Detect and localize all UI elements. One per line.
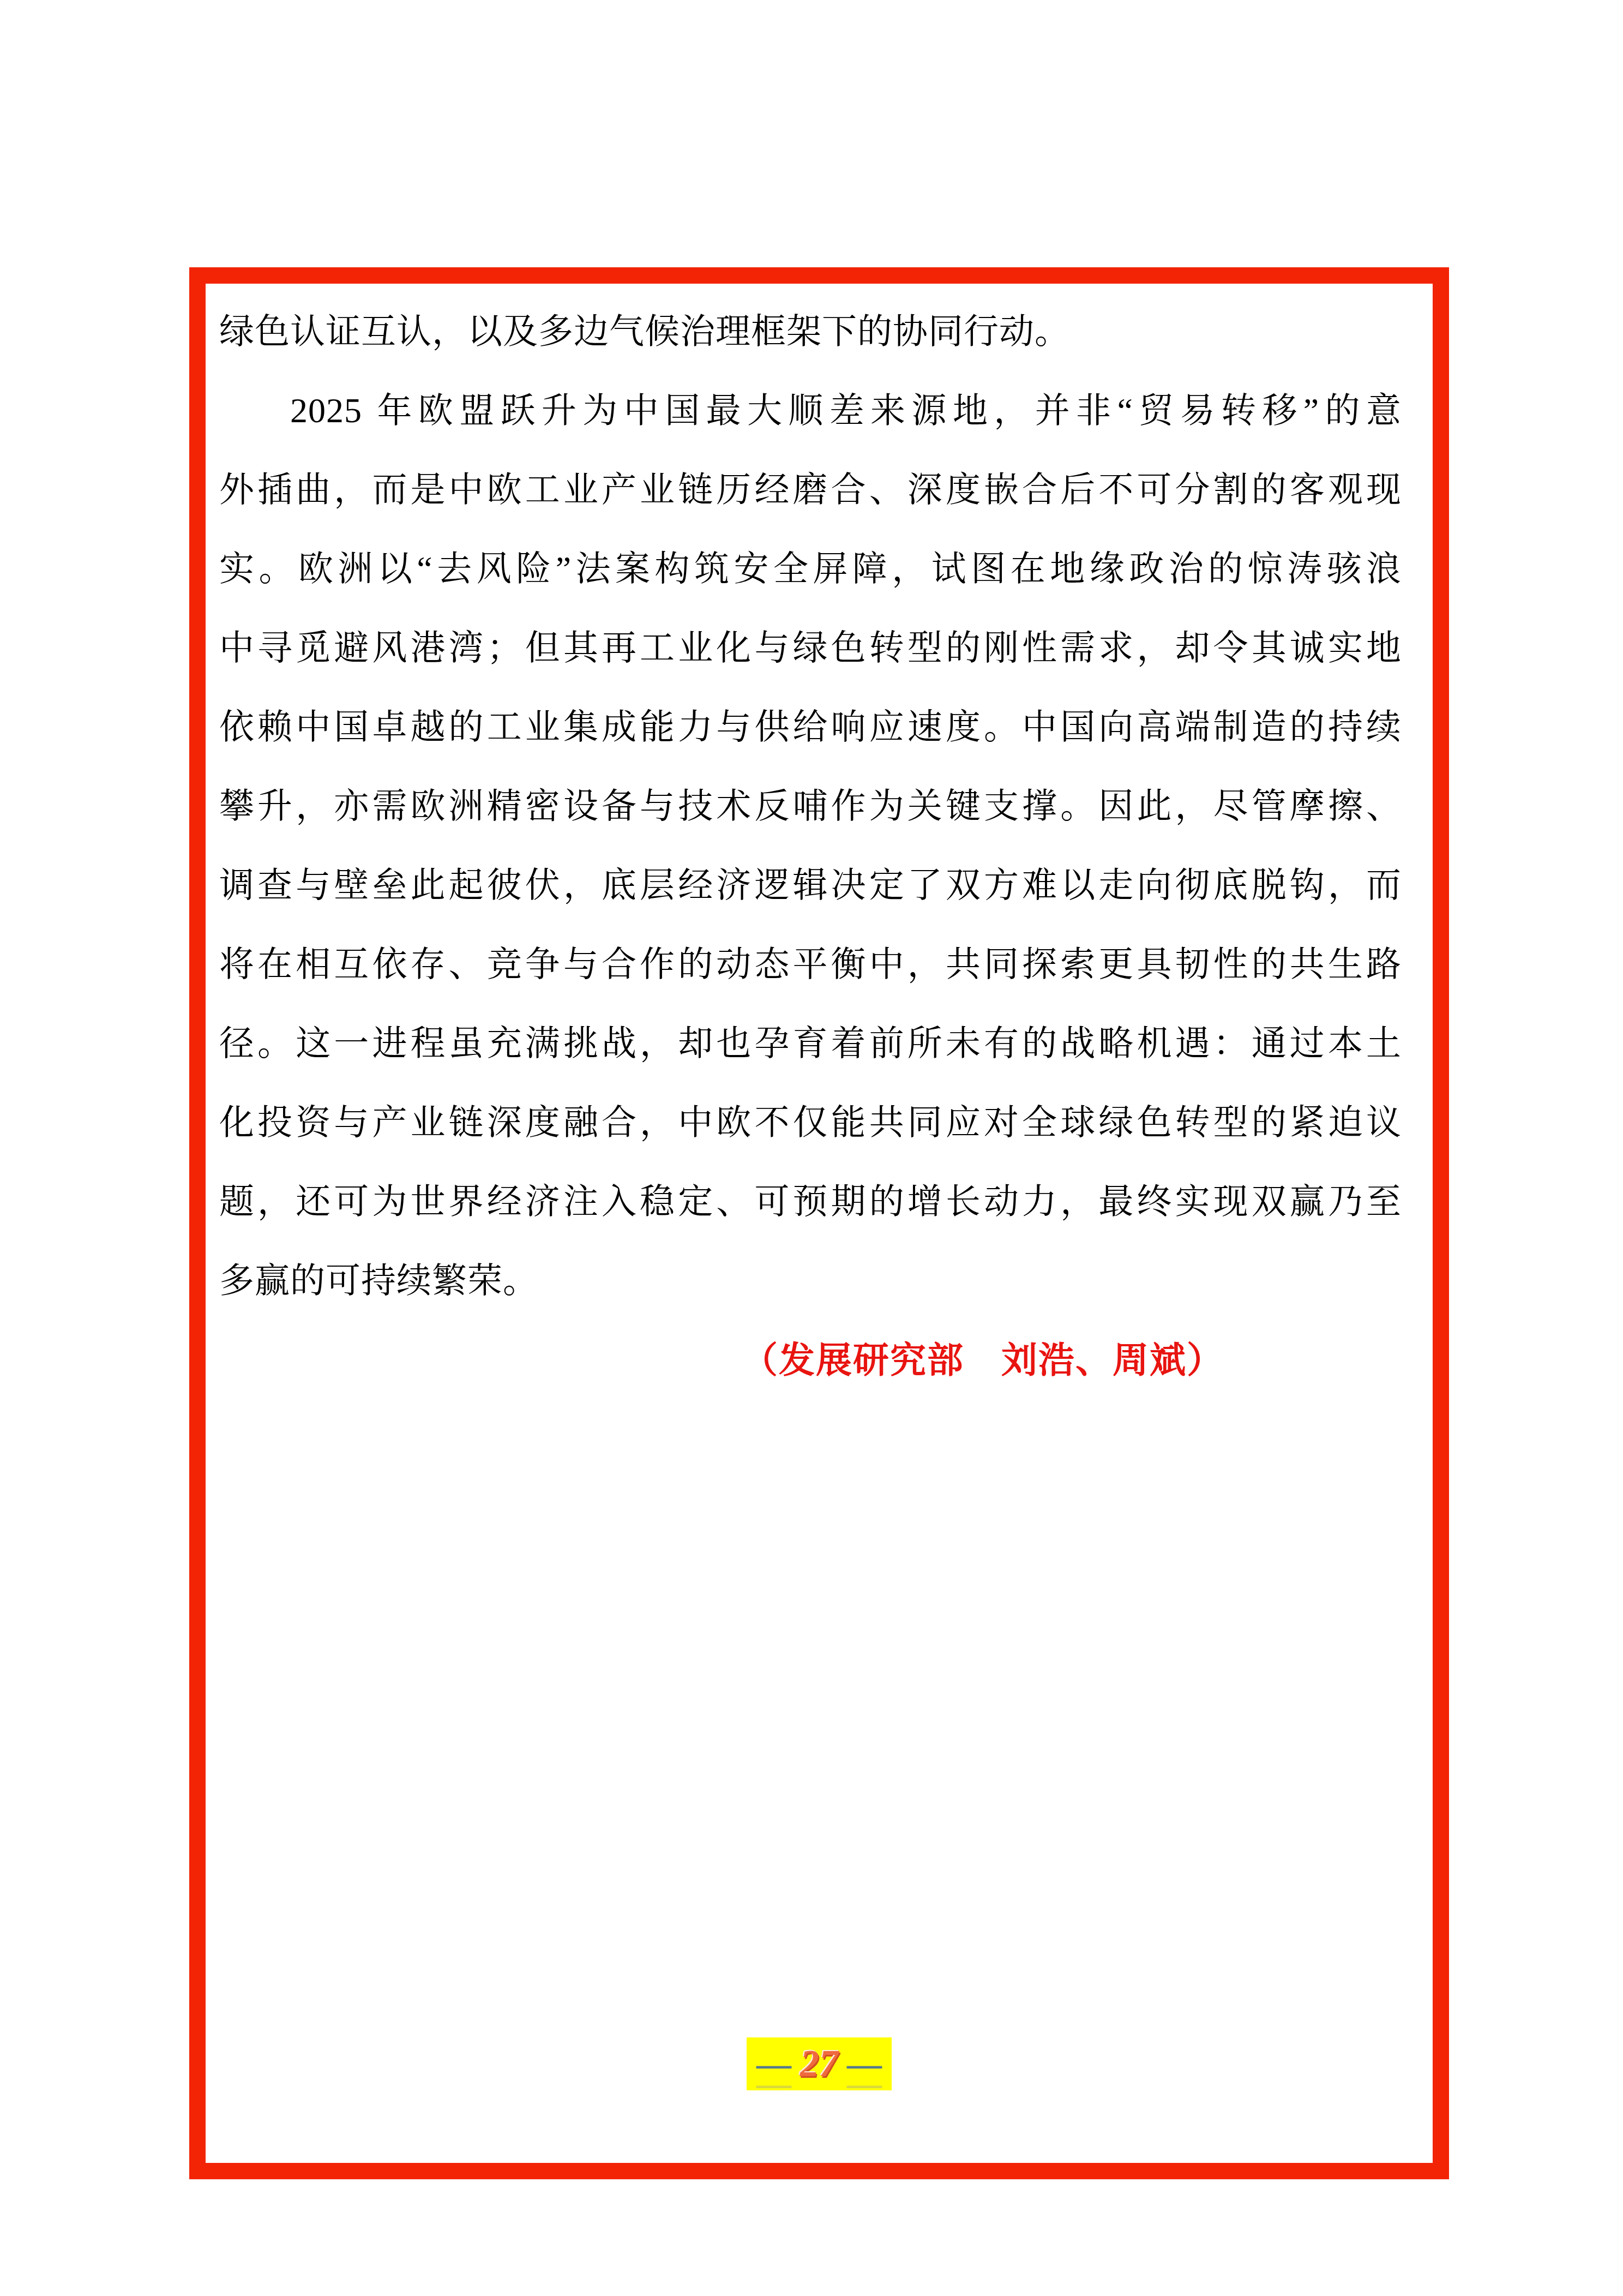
body-line: 将在相互依存、竞争与合作的动态平衡中，共同探索更具韧性的共生路 [219,925,1402,1004]
body-line: 实。欧洲以“去风险”法案构筑安全屏障，试图在地缘政治的惊涛骇浪 [219,529,1402,608]
body-line: 2025 年欧盟跃升为中国最大顺差来源地，并非“贸易转移”的意 [219,371,1402,450]
red-border-frame: 绿色认证互认，以及多边气候治理框架下的协同行动。 2025 年欧盟跃升为中国最大… [189,267,1449,2179]
body-line: 依赖中国卓越的工业集成能力与供给响应速度。中国向高端制造的持续 [219,687,1402,766]
article-body: 绿色认证互认，以及多边气候治理框架下的协同行动。 2025 年欧盟跃升为中国最大… [219,292,1402,1402]
body-line: 径。这一进程虽充满挑战，却也孕育着前所未有的战略机遇：通过本土 [219,1004,1402,1083]
page-number-dash-left: — [756,2047,791,2082]
page-number-highlight: — 27 — [747,2037,892,2090]
body-line: 调查与壁垒此起彼伏，底层经济逻辑决定了双方难以走向彻底脱钩，而 [219,846,1402,925]
page-number-value: 27 [800,2045,838,2083]
body-line: 中寻觅避风港湾；但其再工业化与绿色转型的刚性需求，却令其诚实地 [219,608,1402,687]
body-line: 多赢的可持续繁荣。 [219,1241,1402,1320]
page-number-dash-right: — [847,2047,882,2082]
body-line: 题，还可为世界经济注入稳定、可预期的增长动力，最终实现双赢乃至 [219,1162,1402,1241]
body-line: 攀升，亦需欧洲精密设备与技术反哺作为关键支撑。因此，尽管摩擦、 [219,766,1402,846]
scanned-document-page: { "article": { "lines": [ "绿色认证互认，以及多边气候… [0,0,1623,2296]
body-line: 绿色认证互认，以及多边气候治理框架下的协同行动。 [219,292,1402,371]
body-line: 化投资与产业链深度融合，中欧不仅能共同应对全球绿色转型的紧迫议 [219,1083,1402,1162]
attribution-line: （发展研究部 刘浩、周斌） [219,1320,1402,1402]
body-line: 外插曲，而是中欧工业产业链历经磨合、深度嵌合后不可分割的客观现 [219,450,1402,529]
